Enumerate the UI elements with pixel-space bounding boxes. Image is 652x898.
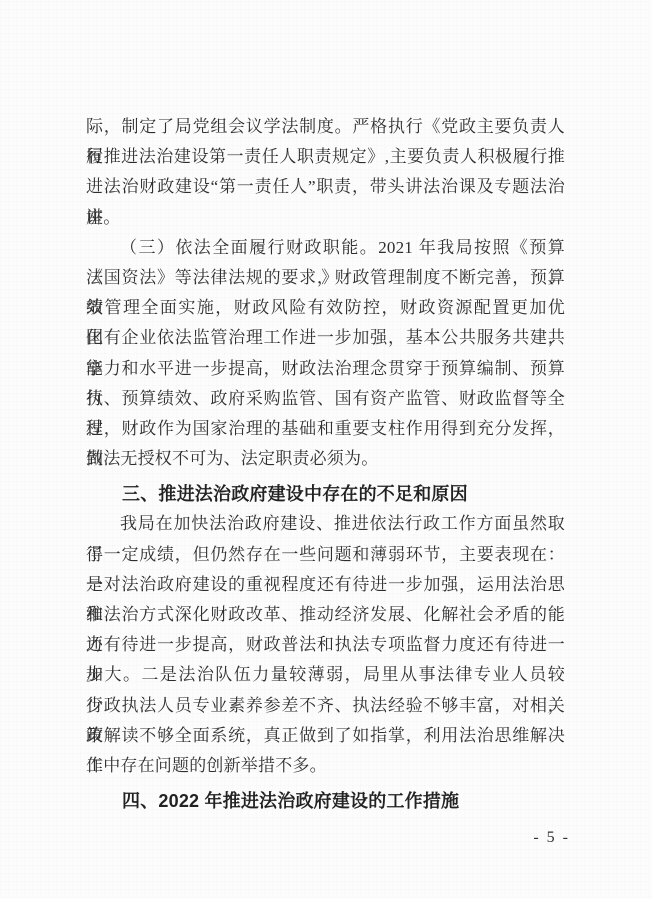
text-line: 加大。二是法治队伍力量较薄弱，局里从事法律专业人员较少，	[86, 660, 565, 690]
text-line: 能力和水平进一步提高，财政法治理念贯穿于预算编制、预算执	[86, 354, 565, 384]
text-line: 国有企业依法监管治理工作进一步加强，基本公共服务共建共享	[86, 323, 565, 353]
text-line: 效管理全面实施，财政风险有效防控，财政资源配置更加优化，	[86, 293, 565, 323]
text-line: 际，制定了局党组会议学法制度。严格执行《党政主要负责人履	[86, 112, 565, 142]
text-line: 程，财政作为国家治理的基础和重要支柱作用得到充分发挥，做	[86, 414, 565, 444]
text-line: 了一定成绩，但仍然存在一些问题和薄弱环节，主要表现在：一	[86, 540, 565, 570]
section-heading-4: 四、2022 年推进法治政府建设的工作措施	[86, 786, 565, 816]
scanned-document-page: 际，制定了局党组会议学法制度。严格执行《党政主要负责人履 行推进法治建设第一责任…	[0, 0, 652, 898]
text-line: 进法治财政建设“第一责任人”职责，带头讲法治课及专题法治讲	[86, 172, 565, 202]
text-line: 座。	[86, 203, 565, 233]
document-body: 际，制定了局党组会议学法制度。严格执行《党政主要负责人履 行推进法治建设第一责任…	[86, 112, 565, 816]
text-line: 行、预算绩效、政府采购监管、国有资产监管、财政监督等全过	[86, 384, 565, 414]
text-line: 策解读不够全面系统，真正做到了如指掌，利用法治思维解决工	[86, 721, 565, 751]
text-line: 行推进法治建设第一责任人职责规定》,主要负责人积极履行推	[86, 142, 565, 172]
section-heading-3: 三、推进法治政府建设中存在的不足和原因	[86, 479, 565, 509]
text-line: （三）依法全面履行财政职能。2021 年我局按照《预算法》、	[86, 233, 565, 263]
text-line: 是对法治政府建设的重视程度还有待进一步加强，运用法治思维	[86, 570, 565, 600]
text-line: 和法治方式深化财政改革、推动经济发展、化解社会矛盾的能力	[86, 600, 565, 630]
text-line: 我局在加快法治政府建设、推进依法行政工作方面虽然取得	[86, 509, 565, 539]
page-number: - 5 -	[533, 829, 570, 847]
text-line: 《国资法》等法律法规的要求，财政管理制度不断完善，预算绩	[86, 263, 565, 293]
text-line: 行政执法人员专业素养参差不齐、执法经验不够丰富，对相关政	[86, 691, 565, 721]
text-line: 到法无授权不可为、法定职责必须为。	[86, 444, 565, 474]
text-line: 作中存在问题的创新举措不多。	[86, 751, 565, 781]
text-line: 还有待进一步提高，财政普法和执法专项监督力度还有待进一步	[86, 630, 565, 660]
